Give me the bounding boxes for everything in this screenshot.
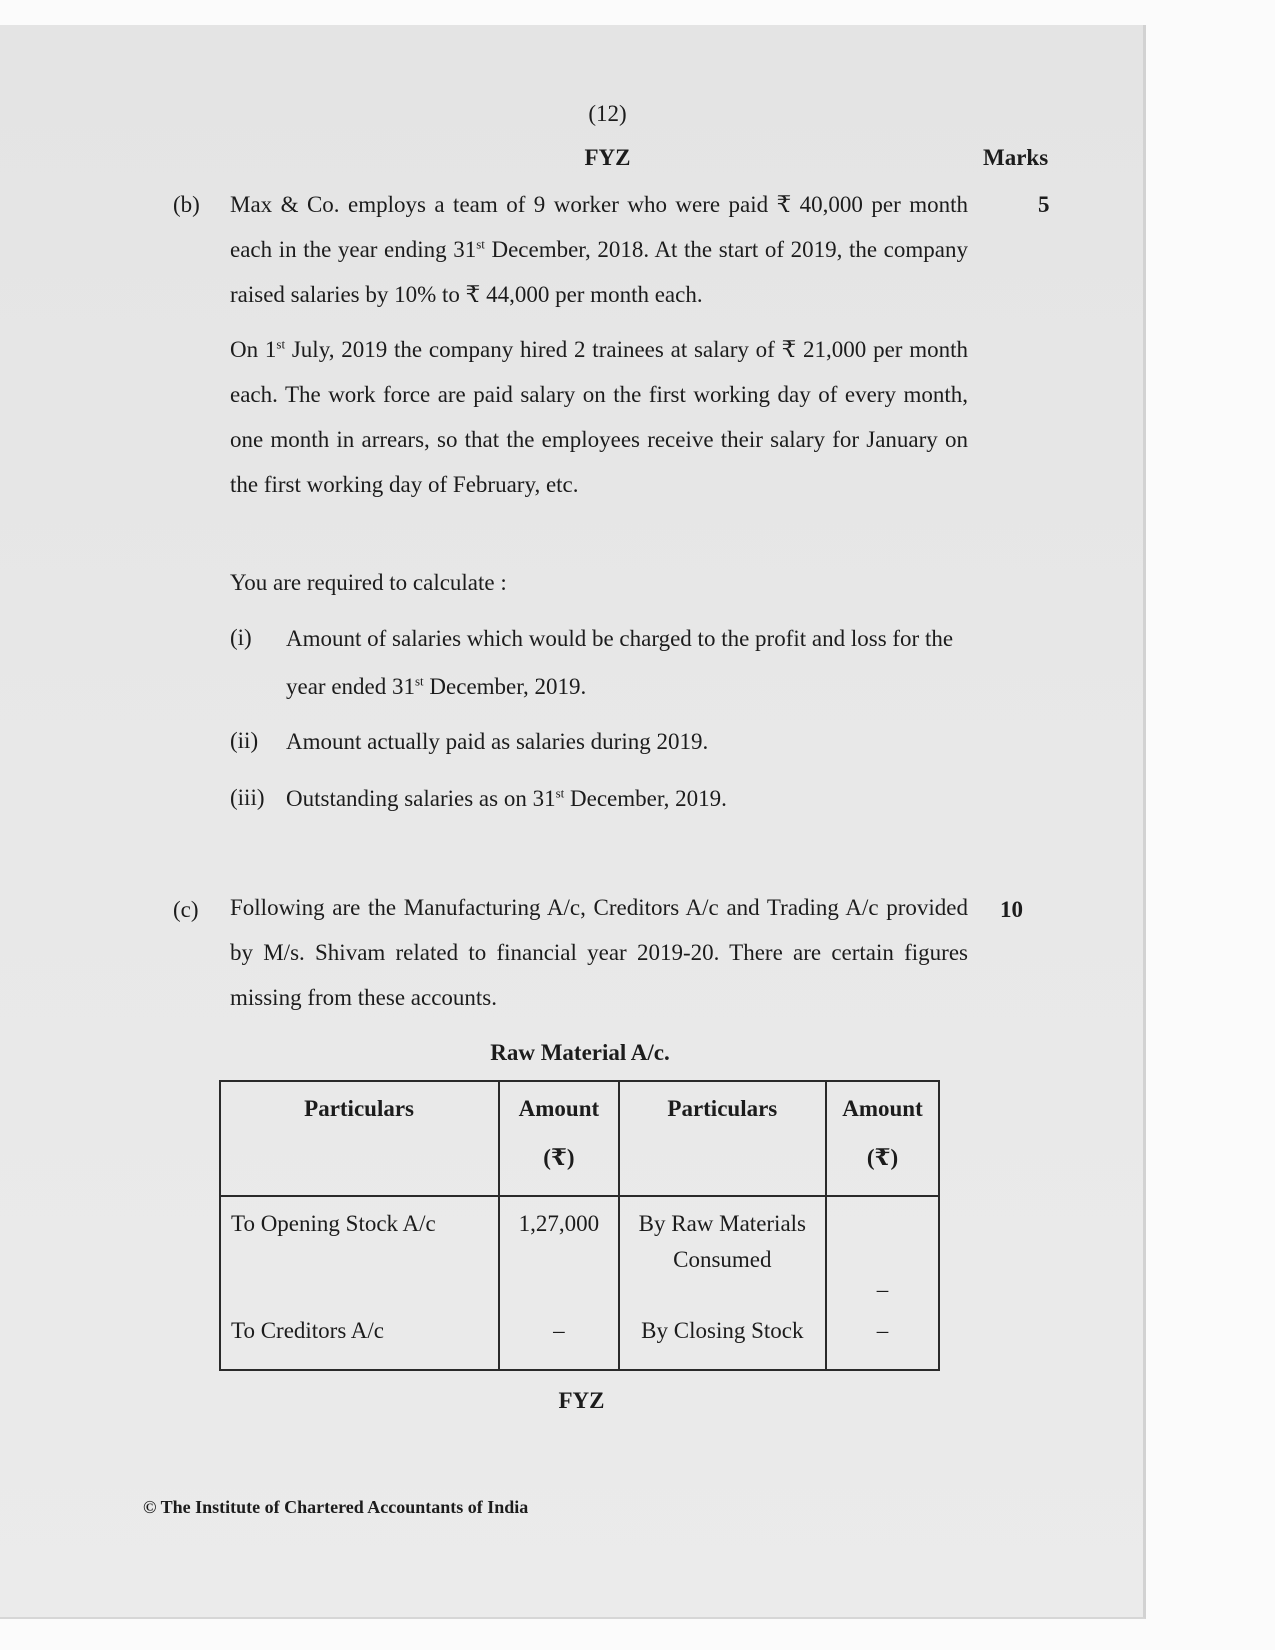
dr-particular: To Creditors A/c [220,1317,499,1370]
question-b-instruction: You are required to calculate : [230,560,968,605]
superscript: st [476,236,485,251]
text: Amount [842,1096,923,1121]
raw-material-account-table: Particulars Amount(₹) Particulars Amount… [219,1080,940,1371]
question-c-label: (c) [173,897,199,923]
cr-particular: By Closing Stock [619,1317,826,1370]
text: On 1 [230,337,276,362]
question-c-text: Following are the Manufacturing A/c, Cre… [230,885,968,1020]
dr-amount: – [499,1317,619,1370]
item-text: Outstanding salaries as on 31st December… [286,775,976,823]
header-particulars-dr: Particulars [220,1081,499,1196]
cr-particular: By Raw MaterialsConsumed [619,1196,826,1317]
question-c-marks: 10 [1000,897,1023,923]
item-number: (ii) [230,728,258,754]
text: Particulars [304,1096,414,1121]
dr-particular: To Opening Stock A/c [220,1196,499,1317]
table-row: To Creditors A/c – By Closing Stock – [220,1317,939,1370]
superscript: st [556,785,565,800]
cr-amount: – [826,1196,939,1317]
header-amount-dr: Amount(₹) [499,1081,619,1196]
table-header-row: Particulars Amount(₹) Particulars Amount… [220,1081,939,1196]
table-title: Raw Material A/c. [0,1040,1160,1066]
question-b-paragraph-2: On 1st July, 2019 the company hired 2 tr… [230,327,968,507]
text: Outstanding salaries as on 31 [286,786,556,811]
superscript: st [415,673,424,688]
item-text: Amount of salaries which would be charge… [286,615,976,711]
header-particulars-cr: Particulars [619,1081,826,1196]
text: By Raw Materials [639,1211,806,1236]
question-b-marks: 5 [1038,192,1050,218]
text: December, 2019. [564,786,727,811]
question-b-label: (b) [173,192,200,218]
text: Amount [519,1096,600,1121]
table-row: To Opening Stock A/c 1,27,000 By Raw Mat… [220,1196,939,1317]
text: (₹) [828,1144,937,1171]
text: December, 2019. [424,674,587,699]
item-text: Amount actually paid as salaries during … [286,718,976,766]
text: Consumed [673,1247,771,1273]
marks-header: Marks [983,145,1048,171]
text: (₹) [501,1144,617,1171]
question-b-paragraph-1: Max & Co. employs a team of 9 worker who… [230,182,968,317]
footer-code: FYZ [0,1388,1163,1414]
item-number: (i) [230,625,252,651]
superscript: st [276,336,285,351]
item-number: (iii) [230,785,265,811]
text: Particulars [667,1096,777,1121]
copyright-notice: © The Institute of Chartered Accountants… [143,1497,528,1518]
text: July, 2019 the company hired 2 trainees … [230,337,968,497]
page-number: (12) [0,101,1215,127]
cr-amount: – [826,1317,939,1370]
header-amount-cr: Amount(₹) [826,1081,939,1196]
text: Amount of salaries which would be charge… [286,626,953,699]
dr-amount: 1,27,000 [499,1196,619,1317]
text: Amount actually paid as salaries during … [286,729,708,754]
